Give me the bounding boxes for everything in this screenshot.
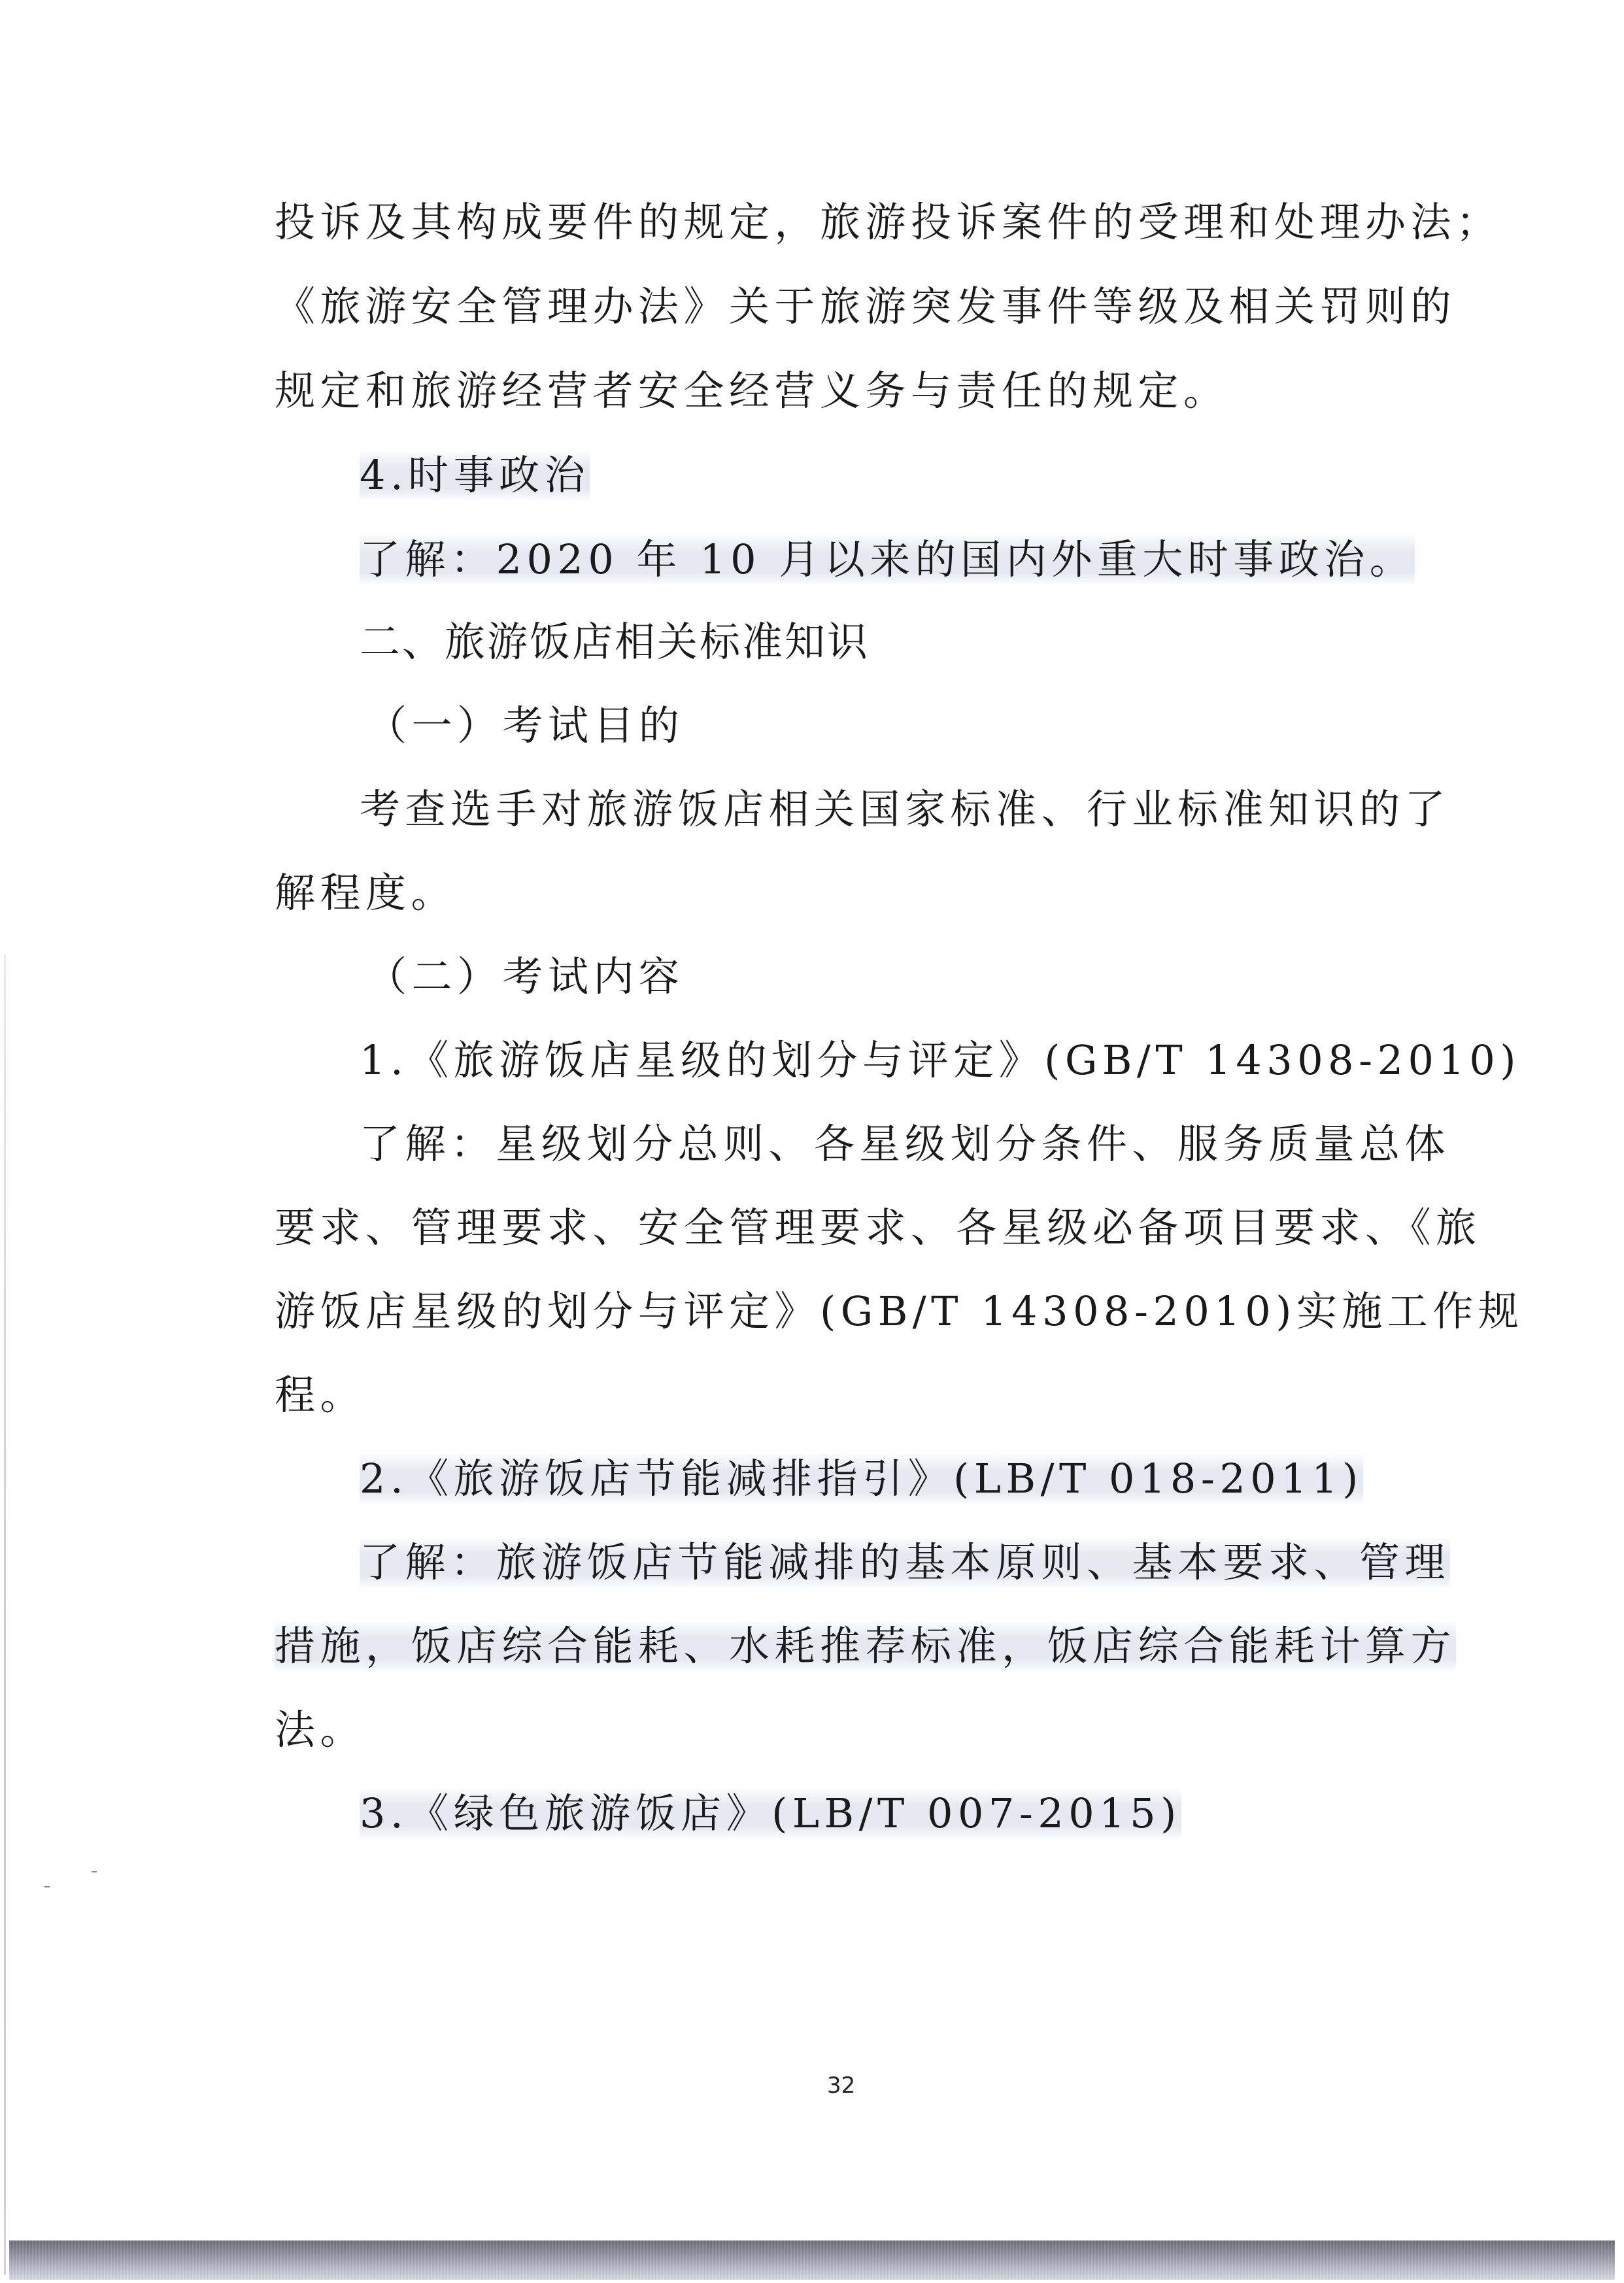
subsection-heading: （二）考试内容 bbox=[366, 951, 685, 1003]
section-item-title: 2.《旅游饭店节能减排指引》(LB/T 018-2011) bbox=[360, 1453, 1363, 1505]
scan-artifact bbox=[92, 1871, 97, 1872]
scan-artifact bbox=[44, 1886, 50, 1887]
paragraph-line: 了解：星级划分总则、各星级划分条件、服务质量总体 bbox=[360, 1118, 1450, 1170]
section-item-title: 3.《绿色旅游饭店》(LB/T 007-2015) bbox=[360, 1787, 1181, 1840]
paragraph-line: 投诉及其构成要件的规定，旅游投诉案件的受理和处理办法； bbox=[275, 196, 1502, 248]
section-item-title: 4.时事政治 bbox=[360, 449, 590, 501]
paragraph-line: 法。 bbox=[275, 1704, 365, 1756]
paragraph-line: 规定和旅游经营者安全经营义务与责任的规定。 bbox=[275, 365, 1229, 417]
paragraph-line: 了解：旅游饭店节能减排的基本原则、基本要求、管理 bbox=[360, 1536, 1450, 1589]
paragraph-line: 考查选手对旅游饭店相关国家标准、行业标准知识的了 bbox=[360, 783, 1450, 836]
paragraph-line: 了解：2020 年 10 月以来的国内外重大时事政治。 bbox=[360, 533, 1415, 586]
paragraph-line: 《旅游安全管理办法》关于旅游突发事件等级及相关罚则的 bbox=[275, 280, 1456, 333]
section-heading: 二、旅游饭店相关标准知识 bbox=[360, 616, 870, 668]
scan-left-edge bbox=[4, 955, 6, 2275]
section-item-title: 1.《旅游饭店星级的划分与评定》(GB/T 14308-2010) bbox=[360, 1034, 1521, 1087]
paragraph-line: 解程度。 bbox=[275, 867, 456, 919]
scan-bottom-edge bbox=[9, 2241, 1615, 2280]
paragraph-line: 程。 bbox=[275, 1369, 365, 1421]
page-number: 32 bbox=[827, 2072, 855, 2099]
paragraph-line: 要求、管理要求、安全管理要求、各星级必备项目要求、《旅 bbox=[275, 1202, 1481, 1254]
subsection-heading: （一）考试目的 bbox=[366, 700, 685, 752]
paragraph-line: 游饭店星级的划分与评定》(GB/T 14308-2010)实施工作规 bbox=[275, 1285, 1523, 1338]
scanned-page: 投诉及其构成要件的规定，旅游投诉案件的受理和处理办法； 《旅游安全管理办法》关于… bbox=[0, 0, 1624, 2283]
paragraph-line: 措施，饭店综合能耗、水耗推荐标准，饭店综合能耗计算方 bbox=[275, 1620, 1456, 1672]
